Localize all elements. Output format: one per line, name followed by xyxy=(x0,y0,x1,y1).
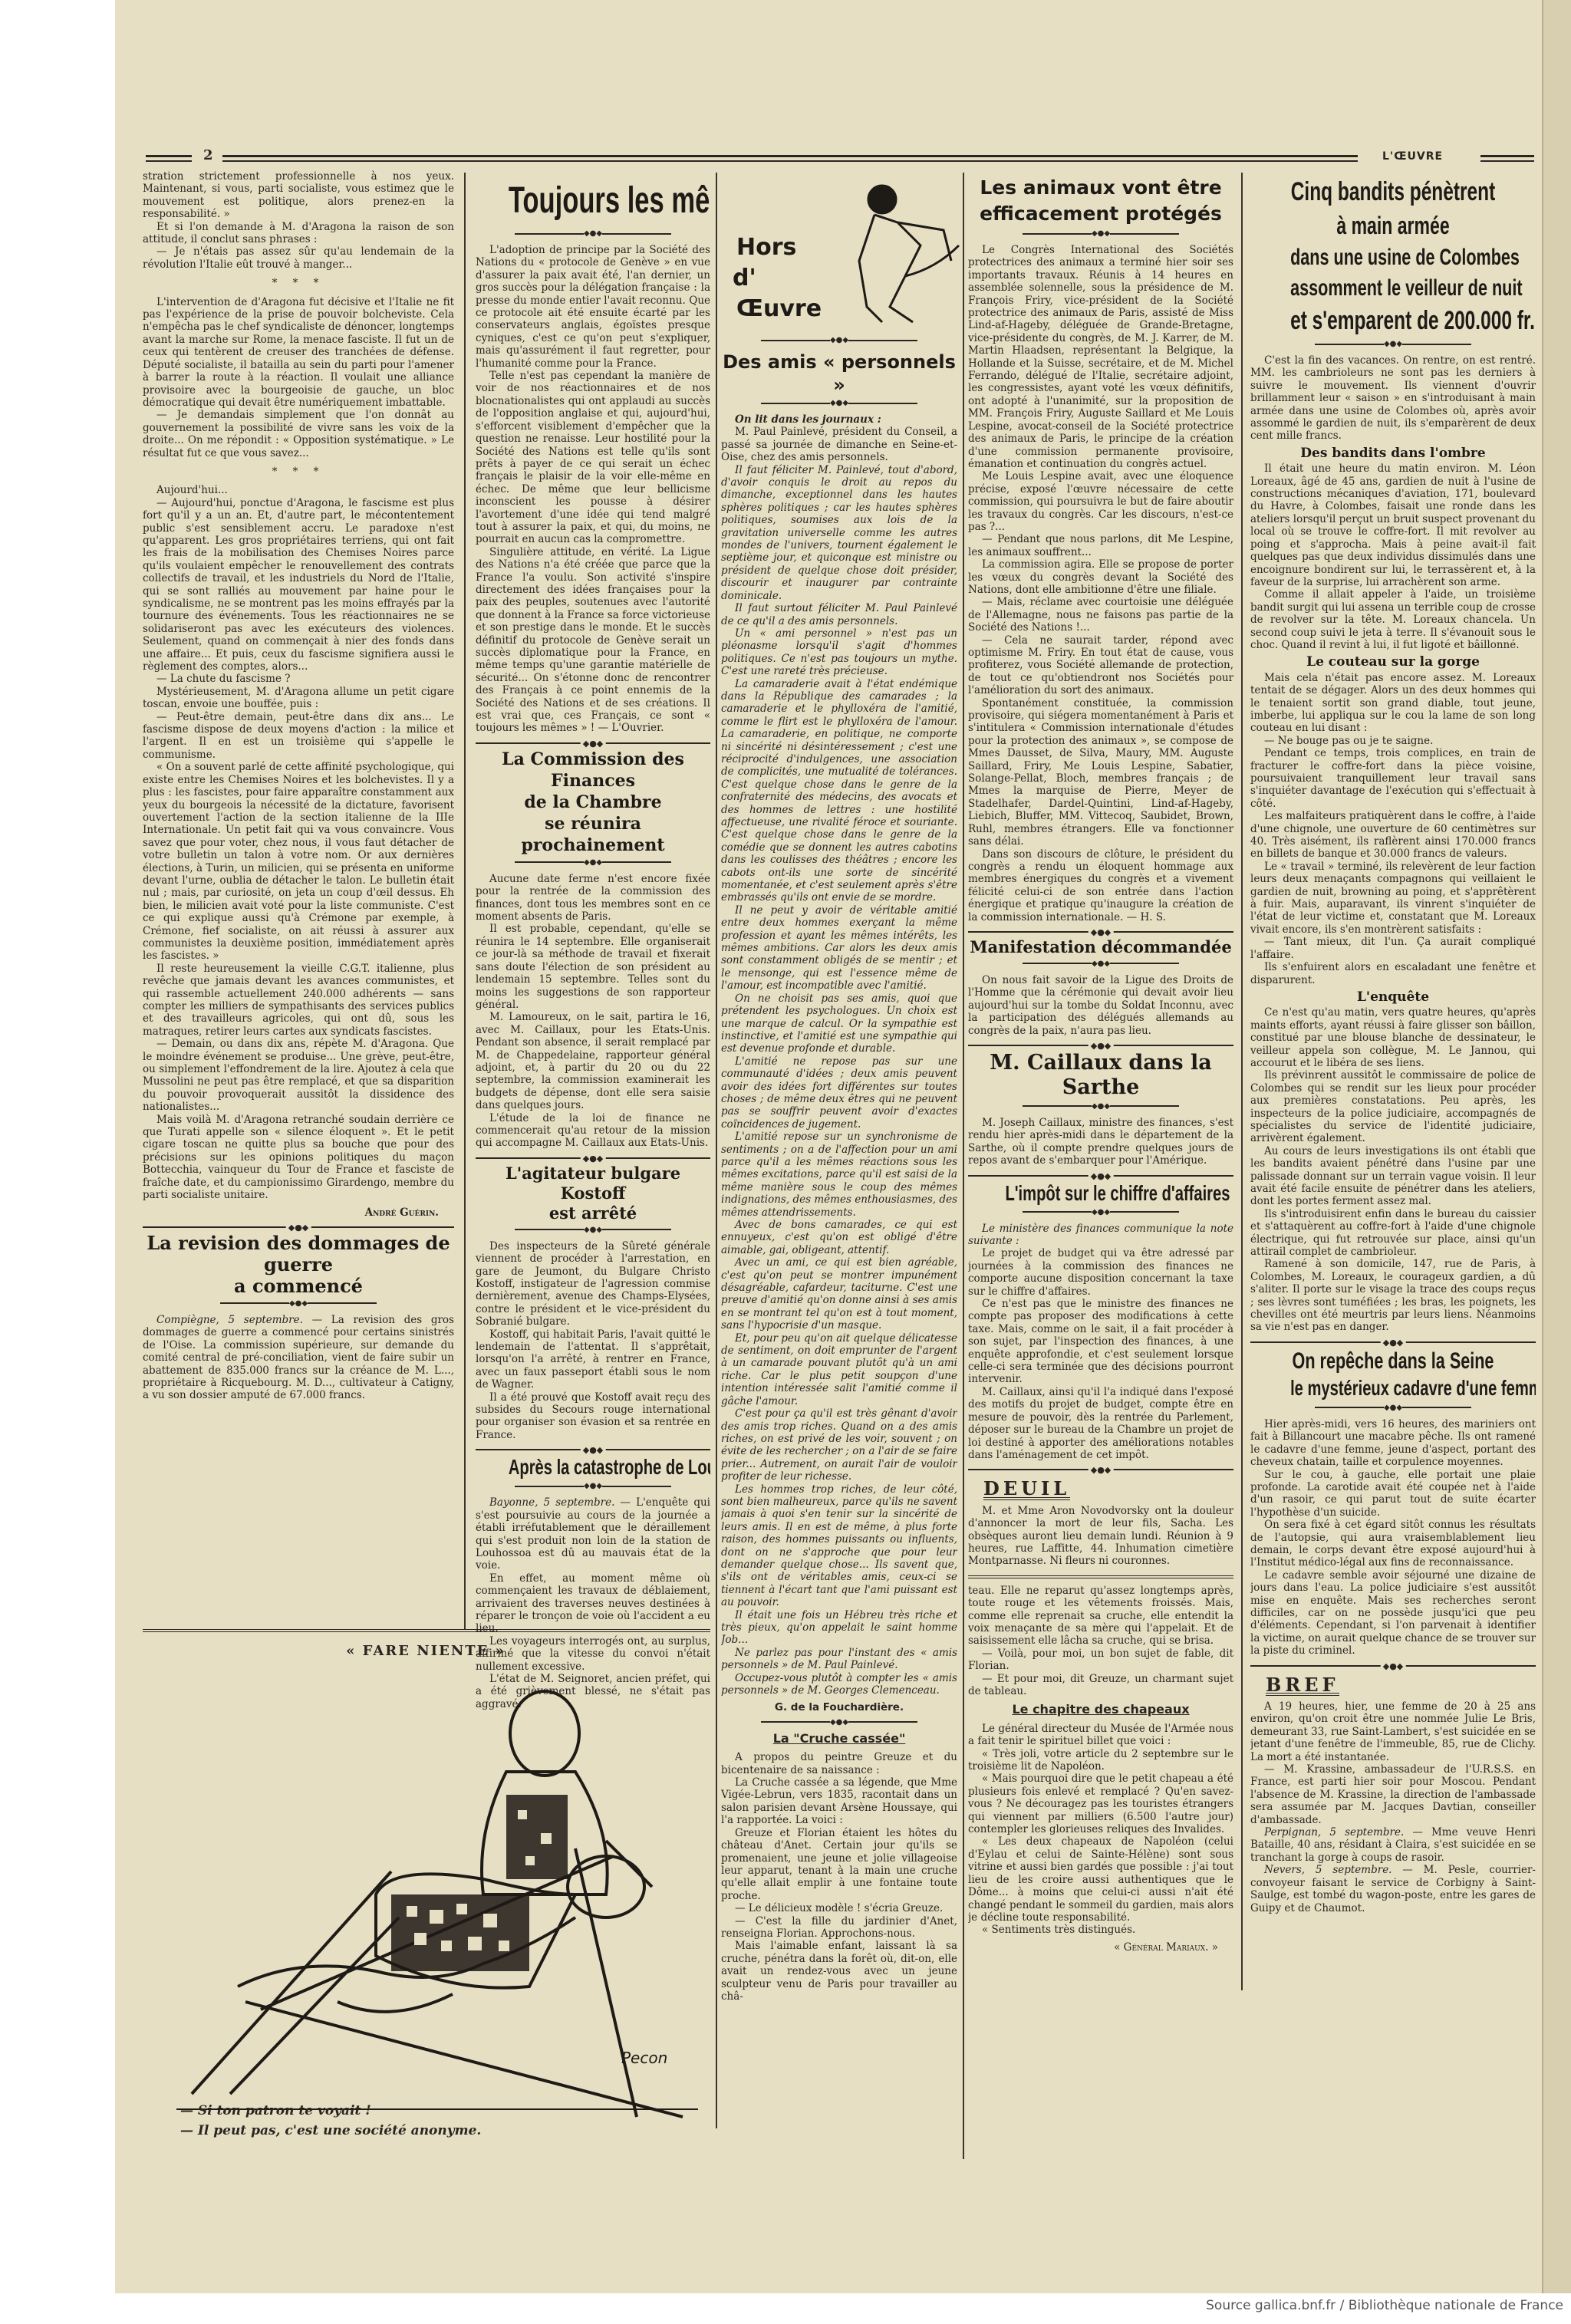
headline: M. Caillaux dans la Sarthe xyxy=(968,1051,1233,1100)
column-divider xyxy=(963,173,964,2159)
separator: * * * xyxy=(143,277,454,289)
signature: André Guérin. xyxy=(143,1206,439,1219)
cartoon-caption-2: — Il peut pas, c'est une société anonyme… xyxy=(180,2123,481,2138)
ornament: ◆●◆ xyxy=(476,1483,710,1490)
divider xyxy=(968,1045,1233,1046)
article-revision: La revision des dommages de guerre a com… xyxy=(143,1233,454,1402)
masthead: L'ŒUVRE xyxy=(1382,150,1443,163)
divider xyxy=(476,1449,710,1450)
article-aragona: stration strictement professionnelle à n… xyxy=(143,170,454,1219)
divider xyxy=(476,1157,710,1159)
column-divider xyxy=(464,173,466,1630)
dateline: Bayonne, 5 septembre. xyxy=(489,1496,614,1509)
column-divider xyxy=(716,173,717,2128)
signature: G. de la Fouchardière. xyxy=(721,1701,957,1713)
column-5: Cinq bandits pénètrent à main armée dans… xyxy=(1250,170,1536,1996)
ornament: ◆●◆ xyxy=(968,960,1233,968)
headline: Manifestation décommandée xyxy=(968,937,1233,957)
article-toujours: Toujours les mêmes ! ◆●◆ L'adoption de p… xyxy=(476,175,710,735)
hors-oeuvre-logo: Hors d' Œuvre xyxy=(721,176,965,330)
divider xyxy=(476,742,710,744)
ornament: ◆●◆ xyxy=(721,337,957,344)
ornament: ◆●◆ xyxy=(968,1209,1233,1216)
article-manifestation: Manifestation décommandée ◆●◆ On nous fa… xyxy=(968,937,1233,1037)
headline: La Commission des Finances de la Chambre… xyxy=(476,749,710,856)
ornament: ◆●◆ xyxy=(721,400,957,407)
ornament: ◆●◆ xyxy=(968,230,1233,238)
article-bref: BREF A 19 heures, hier, une femme de 20 … xyxy=(1250,1671,1536,1914)
column-3: ◆●◆ Des amis « personnels » ◆●◆ On lit d… xyxy=(721,334,957,2174)
cartoon-title: « FARE NIENTE » xyxy=(146,1643,706,1659)
article-seine: On repêche dans la Seine le mystérieux c… xyxy=(1250,1348,1536,1657)
ornament: ◆●◆ xyxy=(1250,1404,1536,1412)
headline: L'impôt sur le chiffre d'affaires xyxy=(1005,1181,1196,1206)
ornament: ◆●◆ xyxy=(968,1103,1233,1111)
subheading: Le couteau sur la gorge xyxy=(1250,656,1536,668)
page-number: 2 xyxy=(203,147,213,163)
column-divider xyxy=(1241,173,1243,1990)
facing-page-edge xyxy=(1542,0,1571,2293)
article-deuil: DEUIL M. et Mme Aron Novodvorsky ont la … xyxy=(968,1475,1233,1567)
ornament: ◆●◆ xyxy=(476,1226,710,1234)
ornament: ◆●◆ xyxy=(476,859,710,867)
headline: On repêche dans la Seine le mystérieux c… xyxy=(1250,1348,1536,1401)
ornament: ◆●◆ xyxy=(721,1719,957,1727)
article-bandits: Cinq bandits pénètrent à main armée dans… xyxy=(1250,175,1536,1334)
column-2: Toujours les mêmes ! ◆●◆ L'adoption de p… xyxy=(476,170,710,1727)
running-man-illustration xyxy=(828,176,967,330)
headline: Toujours les mêmes ! xyxy=(509,175,677,227)
article-animaux: Les animaux vont être efficacement proté… xyxy=(968,175,1233,923)
wavy-divider xyxy=(143,1618,710,1632)
article-cruche: La "Cruche cassée" A propos du peintre G… xyxy=(721,1733,957,2003)
dateline: Compiègne, 5 septembre. xyxy=(156,1314,303,1326)
ornament: ◆●◆ xyxy=(476,230,710,238)
header-rule xyxy=(146,150,1534,167)
section-title: DEUIL xyxy=(983,1483,1070,1499)
subheading: L'enquête xyxy=(1250,991,1536,1003)
article-amis: Des amis « personnels » ◆●◆ On lit dans … xyxy=(721,351,957,1714)
wavy-divider xyxy=(968,1575,1233,1578)
source-credit: Source gallica.bnf.fr / Bibliothèque nat… xyxy=(1206,2298,1563,2313)
ornament: ◆●◆ xyxy=(143,1300,454,1308)
article-impot: L'impôt sur le chiffre d'affaires ◆●◆ Le… xyxy=(968,1181,1233,1462)
headline: Le chapitre des chapeaux xyxy=(968,1703,1233,1716)
article-chapeaux: Le chapitre des chapeaux Le général dire… xyxy=(968,1703,1233,1954)
column-1: stration strictement professionnelle à n… xyxy=(143,170,454,1781)
ornament: ◆●◆ xyxy=(1250,341,1536,348)
article-caillaux: M. Caillaux dans la Sarthe ◆●◆ M. Joseph… xyxy=(968,1051,1233,1167)
scan-margin xyxy=(0,0,115,2293)
column-4: Les animaux vont être efficacement proté… xyxy=(968,170,1233,2195)
separator: * * * xyxy=(143,466,454,478)
headline: Cinq bandits pénètrent à main armée dans… xyxy=(1250,175,1536,337)
cartoon-caption-1: — Si ton patron te voyait ! xyxy=(180,2103,371,2118)
signature: « Général Mariaux. » xyxy=(968,1941,1218,1954)
column-body: Il faut féliciter M. Painlevé, tout d'ab… xyxy=(721,464,957,1697)
divider xyxy=(143,1226,454,1228)
section-title: BREF xyxy=(1266,1679,1339,1696)
headline: La "Cruche cassée" xyxy=(721,1733,957,1745)
headline: La revision des dommages de guerre a com… xyxy=(143,1233,454,1297)
divider xyxy=(968,931,1233,933)
article-kostoff: L'agitateur bulgare Kostoff est arrêté ◆… xyxy=(476,1164,710,1442)
divider xyxy=(1250,1665,1536,1667)
dateline: Perpignan, 5 septembre. xyxy=(1264,1826,1404,1838)
article-cruche-suite: teau. Elle ne reparut qu'assez longtemps… xyxy=(968,1585,1233,1698)
divider xyxy=(968,1469,1233,1470)
artist-signature: Pecon xyxy=(621,2049,667,2067)
headline: L'agitateur bulgare Kostoff est arrêté xyxy=(476,1164,710,1223)
headline: Les animaux vont être efficacement proté… xyxy=(968,175,1233,227)
divider xyxy=(968,1175,1233,1177)
cartoon-illustration: Pecon xyxy=(146,1664,706,2125)
article-commission: La Commission des Finances de la Chambre… xyxy=(476,749,710,1150)
divider xyxy=(1250,1341,1536,1343)
headline: Des amis « personnels » xyxy=(721,351,957,397)
headline: Après la catastrophe de Louhossoa xyxy=(509,1455,677,1480)
dateline: Nevers, 5 septembre. xyxy=(1264,1864,1392,1876)
subheading: Des bandits dans l'ombre xyxy=(1250,447,1536,459)
